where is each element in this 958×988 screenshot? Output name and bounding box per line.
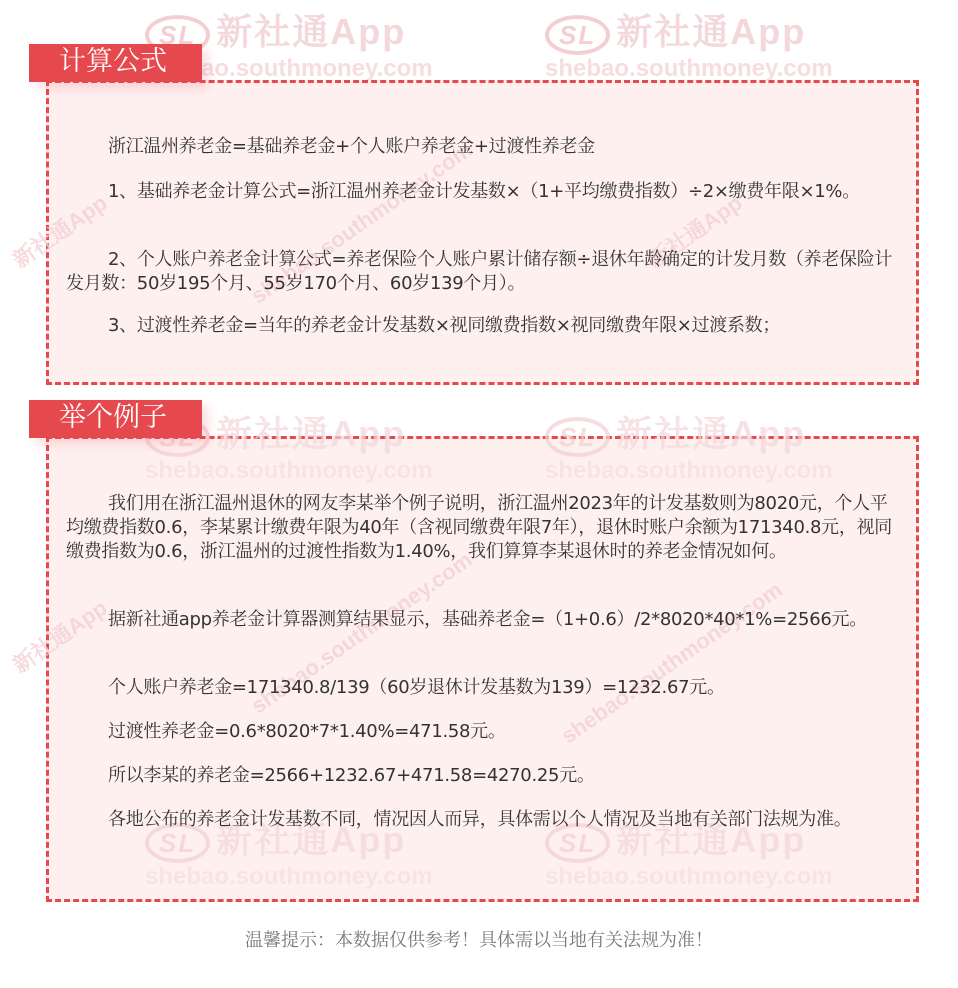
footer-disclaimer: 温馨提示：本数据仅供参考！具体需以当地有关法规为准！ (0, 926, 958, 952)
formula-box (46, 80, 919, 385)
example-paragraph: 我们用在浙江温州退休的网友李某举个例子说明，浙江温州2023年的计发基数则为80… (66, 492, 896, 564)
watermark-brand: 新社通App (616, 11, 806, 52)
formula-paragraph: 1、基础养老金计算公式=浙江温州养老金计发基数×（1+平均缴费指数）÷2×缴费年… (66, 180, 896, 204)
example-paragraph: 个人账户养老金=171340.8/139（60岁退休计发基数为139）=1232… (66, 676, 896, 700)
watermark-url: shebao.southmoney.com (545, 55, 833, 83)
formula-paragraph: 2、个人账户养老金计算公式=养老保险个人账户累计储存额÷退休年龄确定的计发月数（… (66, 248, 896, 296)
formula-paragraph: 3、过渡性养老金=当年的养老金计发基数×视同缴费指数×视同缴费年限×过渡系数； (66, 314, 896, 338)
example-paragraph: 各地公布的养老金计发基数不同，情况因人而异，具体需以个人情况及当地有关部门法规为… (66, 808, 896, 832)
formula-paragraph: 浙江温州养老金=基础养老金+个人账户养老金+过渡性养老金 (66, 135, 896, 159)
example-paragraph: 所以李某的养老金=2566+1232.67+471.58=4270.25元。 (66, 764, 896, 788)
watermark-logo: SL (545, 15, 610, 55)
watermark-brand: 新社通App (216, 11, 406, 52)
example-paragraph: 据新社通app养老金计算器测算结果显示，基础养老金=（1+0.6）/2*8020… (66, 608, 896, 632)
section-title-example: 举个例子 (29, 400, 202, 438)
example-paragraph: 过渡性养老金=0.6*8020*7*1.40%=471.58元。 (66, 720, 896, 744)
section-title-formula: 计算公式 (29, 44, 202, 82)
watermark: SL新社通App shebao.southmoney.com (545, 4, 833, 83)
